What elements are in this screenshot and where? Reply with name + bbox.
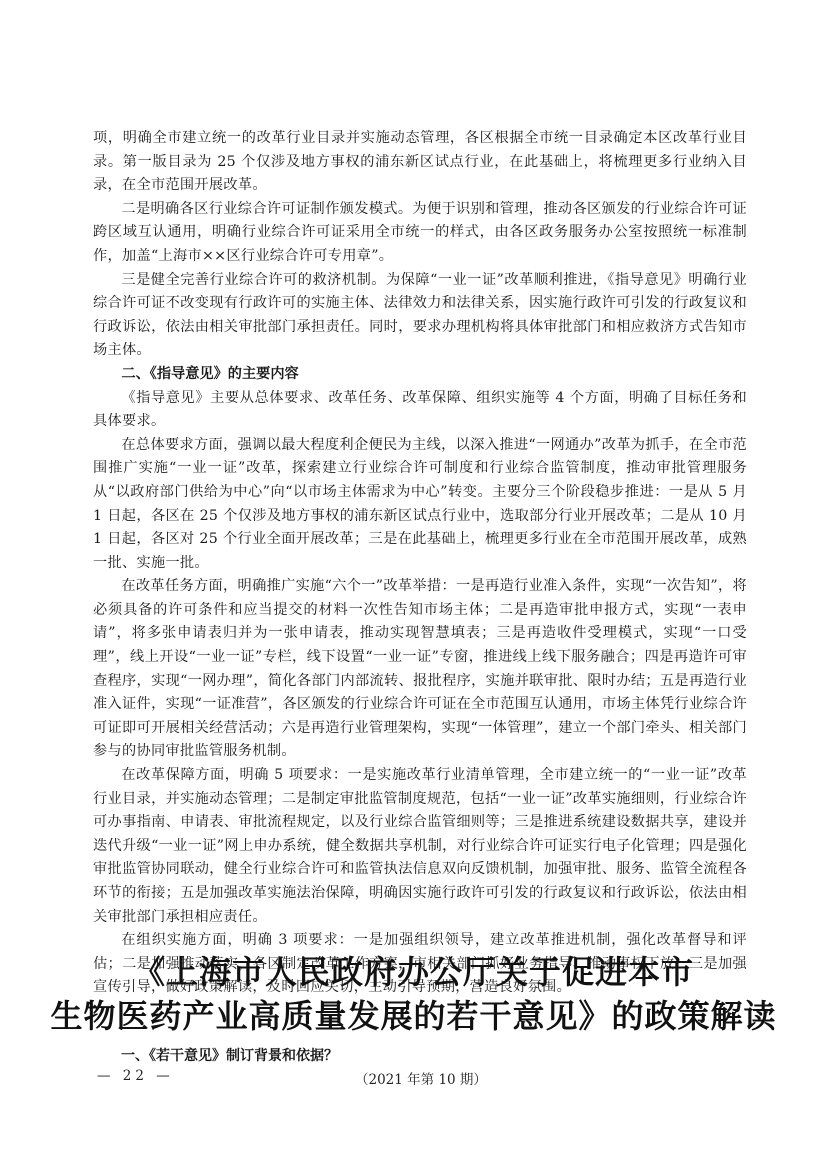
issue-label: （2021 年第 10 期）	[355, 1068, 487, 1088]
paragraph-reform-tasks: 在改革任务方面，明确推广实施“六个一”改革举措：一是再造行业准入条件，实现“一次…	[93, 575, 747, 764]
paragraph-reform-guarantees: 在改革保障方面，明确 5 项要求：一是实施改革行业清单管理，全市建立统一的“一业…	[93, 764, 747, 929]
paragraph-continuation: 项，明确全市建立统一的改革行业目录并实施动态管理，各区根据全市统一目录确定本区改…	[93, 127, 747, 198]
paragraph-overview: 《指导意见》主要从总体要求、改革任务、改革保障、组织实施等 4 个方面，明确了目…	[93, 387, 747, 434]
article-body: 项，明确全市建立统一的改革行业目录并实施动态管理，各区根据全市统一目录确定本区改…	[93, 127, 747, 1000]
paragraph-remedy-mechanism: 三是健全完善行业综合许可的救济机制。为保障“一业一证”改革顺利推进，《指导意见》…	[93, 269, 747, 363]
article-title: 《上海市人民政府办公厅关于促进本市 生物医药产业高质量发展的若干意见》的政策解读	[0, 950, 827, 1038]
article-title-line-1: 《上海市人民政府办公厅关于促进本市	[0, 950, 827, 994]
section-heading-background: 一、《若干意见》制订背景和依据？	[121, 1045, 338, 1065]
paragraph-general-requirements: 在总体要求方面，强调以最大程度利企便民为主线，以深入推进“一网通办”改革为抓手，…	[93, 434, 747, 576]
section-heading-main-content: 二、《指导意见》的主要内容	[93, 363, 747, 387]
paragraph-license-issuance: 二是明确各区行业综合许可证制作颁发模式。为便于识别和管理，推动各区颁发的行业综合…	[93, 198, 747, 269]
page-number: — 22 —	[97, 1068, 174, 1084]
article-title-line-2: 生物医药产业高质量发展的若干意见》的政策解读	[0, 994, 827, 1038]
